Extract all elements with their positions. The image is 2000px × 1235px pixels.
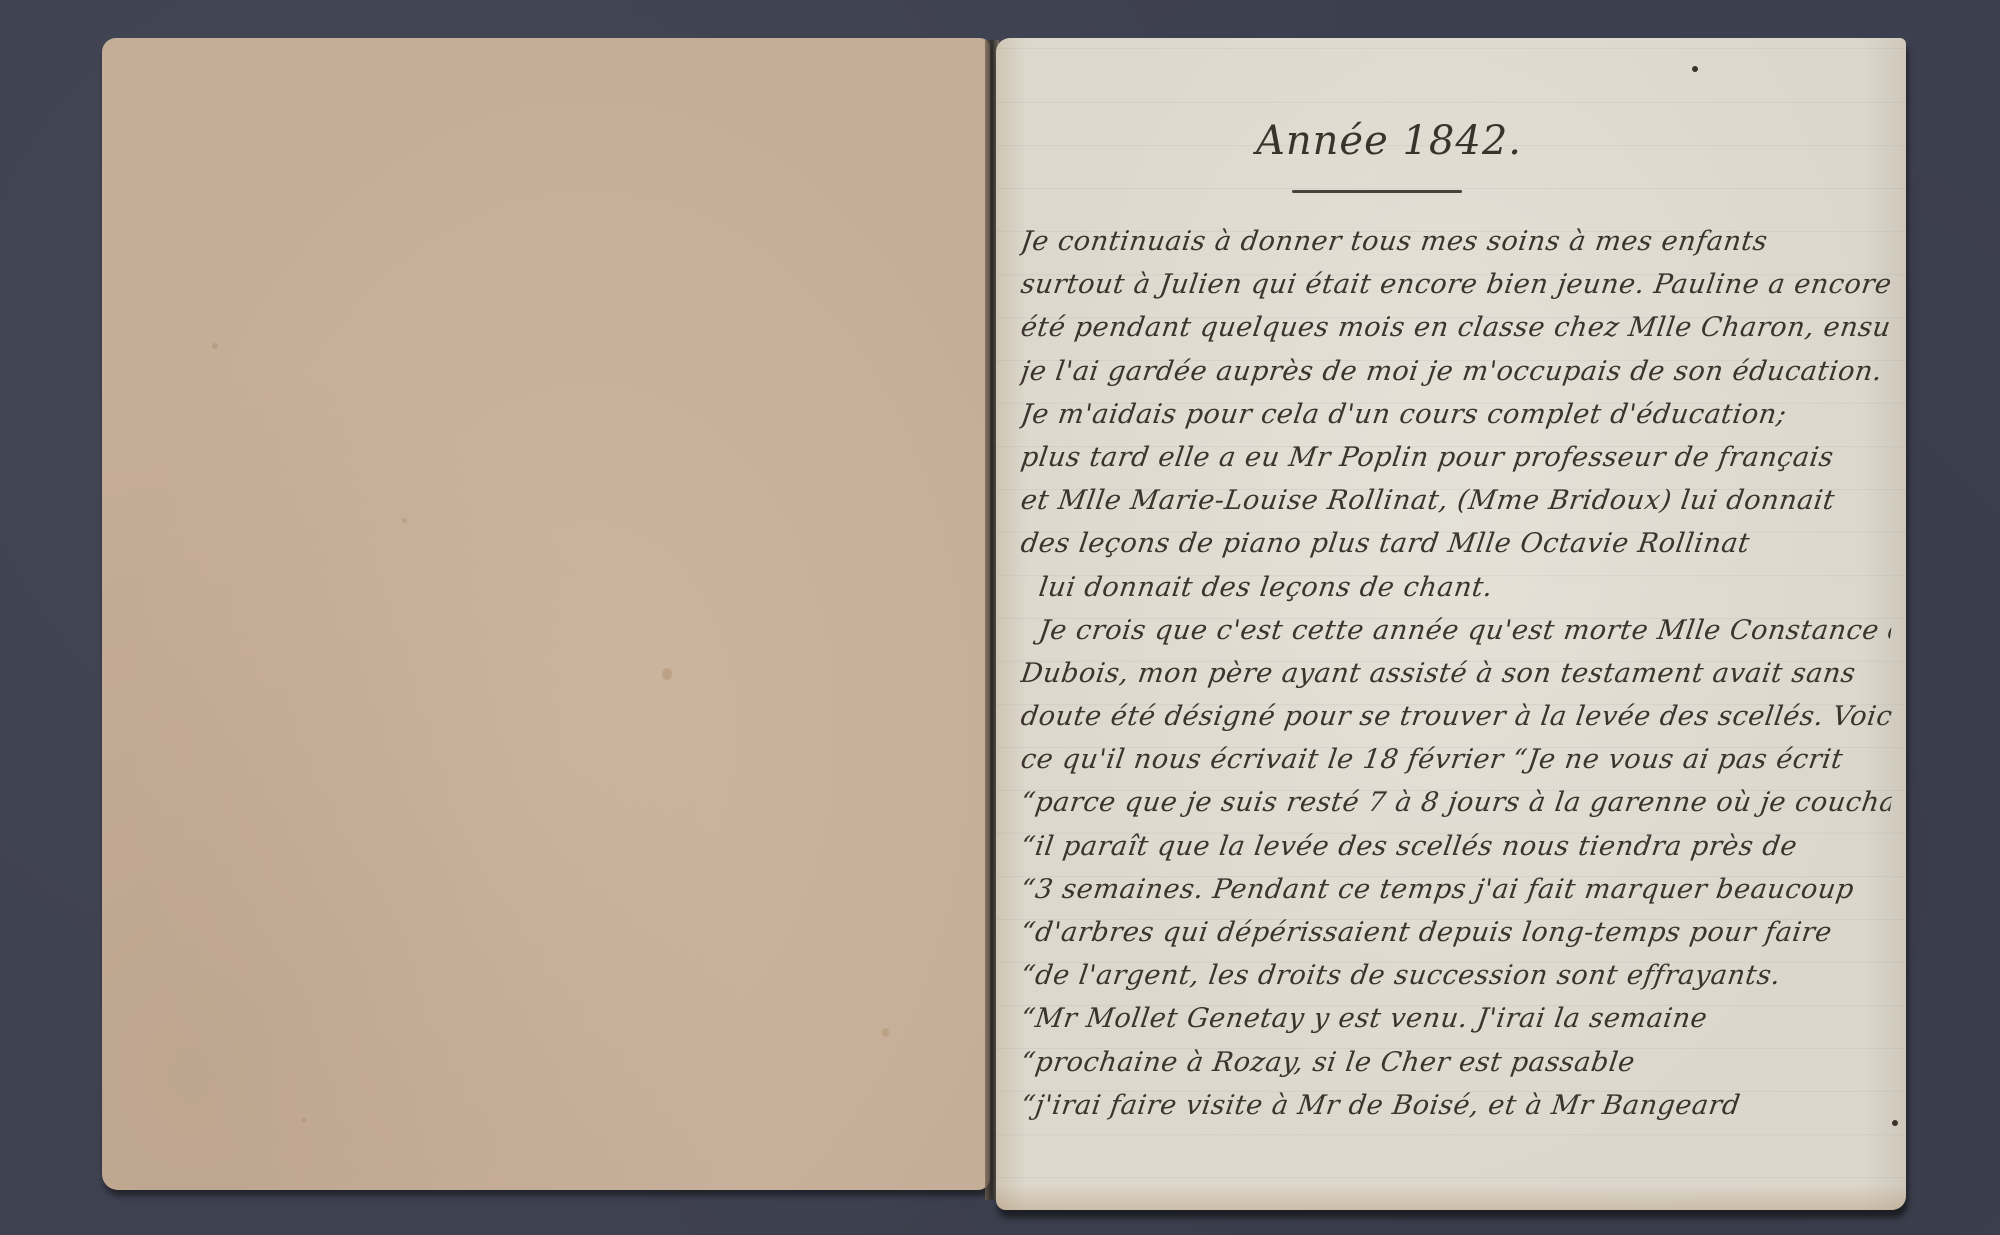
foxing-spot	[882, 1028, 889, 1037]
foxing-spot	[212, 343, 218, 349]
text-line: doute été désigné pour se trouver à la l…	[1018, 695, 1894, 738]
text-line: des leçons de piano plus tard Mlle Octav…	[1018, 522, 1894, 565]
page-title: Année 1842.	[1256, 118, 1522, 164]
left-page-blank	[102, 38, 990, 1190]
ink-dot	[1692, 66, 1698, 72]
text-line: “d'arbres qui dépérissaient depuis long-…	[1018, 911, 1894, 954]
text-line: “j'irai faire visite à Mr de Boisé, et à…	[1018, 1084, 1894, 1127]
text-line: “prochaine à Rozay, si le Cher est passa…	[1018, 1041, 1894, 1084]
text-line: ce qu'il nous écrivait le 18 février “Je…	[1018, 738, 1894, 781]
text-line: Je continuais à donner tous mes soins à …	[1018, 220, 1894, 263]
ink-dot	[1892, 1120, 1898, 1126]
document-viewport: Année 1842. Je continuais à donner tous …	[0, 0, 2000, 1235]
text-line: “3 semaines. Pendant ce temps j'ai fait …	[1018, 868, 1894, 911]
page-edge-stain	[996, 1184, 1906, 1210]
text-line: plus tard elle a eu Mr Poplin pour profe…	[1018, 436, 1894, 479]
text-line: et Mlle Marie-Louise Rollinat, (Mme Brid…	[1018, 479, 1894, 522]
manuscript-text: Je continuais à donner tous mes soins à …	[1018, 220, 1888, 1127]
text-line: “Mr Mollet Genetay y est venu. J'irai la…	[1018, 997, 1894, 1040]
text-line: Dubois, mon père ayant assisté à son tes…	[1018, 652, 1894, 695]
text-line: lui donnait des leçons de chant.	[1018, 566, 1894, 609]
foxing-spot	[302, 1118, 306, 1122]
text-line: surtout à Julien qui était encore bien j…	[1018, 263, 1894, 306]
foxing-spot	[402, 518, 407, 523]
foxing-spot	[662, 668, 672, 680]
text-line: été pendant quelques mois en classe chez…	[1018, 306, 1894, 349]
text-line: Je m'aidais pour cela d'un cours complet…	[1018, 393, 1894, 436]
text-line: “parce que je suis resté 7 à 8 jours à l…	[1018, 781, 1894, 824]
text-line: “de l'argent, les droits de succession s…	[1018, 954, 1894, 997]
title-underline	[1292, 190, 1462, 193]
right-page-manuscript: Année 1842. Je continuais à donner tous …	[996, 38, 1906, 1210]
text-line: “il paraît que la levée des scellés nous…	[1018, 825, 1894, 868]
text-line: je l'ai gardée auprès de moi je m'occupa…	[1018, 350, 1894, 393]
text-line: Je crois que c'est cette année qu'est mo…	[1018, 609, 1894, 652]
